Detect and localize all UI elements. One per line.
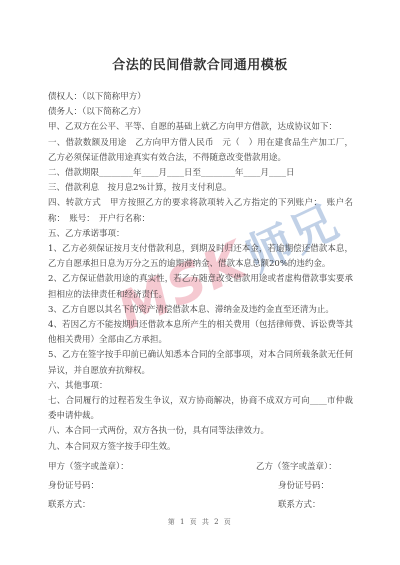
paragraph-clause-4: 四、转款方式 甲方按照乙方的要求将款项转入乙方指定的下列账户： 账户名称： 账号… — [48, 196, 353, 226]
paragraph-clause-5-item-5: 5、乙方在签字按手印前已确认知悉本合同的全部事项，对本合同所载条款无任何异议，并… — [48, 348, 353, 378]
paragraph-clause-9: 九、本合同双方签字按手印生效。 — [48, 440, 353, 455]
paragraph-preamble: 甲、乙双方在公平、平等、自愿的基础上就乙方向甲方借款，达成协议如下： — [48, 120, 353, 135]
signature-row-sign: 甲方（签字或盖章）： 乙方（签字或盖章）： — [48, 458, 353, 477]
paragraph-creditor: 债权人：（以下简称甲方） — [48, 90, 353, 105]
signature-row-contact: 联系方式： 联系方式： — [48, 496, 353, 515]
party-a-id-label: 身份证号码： — [48, 477, 99, 496]
paragraph-clause-8: 八、本合同一式两份，双方各执一份，具有同等法律效力。 — [48, 424, 353, 439]
signature-block: 甲方（签字或盖章）： 乙方（签字或盖章）： 身份证号码： 身份证号码： 联系方式… — [48, 458, 353, 515]
document-page: MSK 师兄 合法的民间借款合同通用模板 债权人：（以下简称甲方） 债务人：（以… — [0, 0, 400, 565]
party-a-sign-label: 甲方（签字或盖章）： — [48, 458, 129, 477]
paragraph-clause-3: 三、借款利息 按月息2%计算，按月支付利息。 — [48, 181, 353, 196]
party-b-id-label: 身份证号码： — [278, 477, 329, 496]
signature-row-id: 身份证号码： 身份证号码： — [48, 477, 353, 496]
party-b-sign-label: 乙方（签字或盖章）： — [256, 458, 337, 477]
document-body: 债权人：（以下简称甲方） 债务人：（以下简称乙方） 甲、乙双方在公平、平等、自愿… — [48, 90, 353, 515]
party-a-contact-label: 联系方式： — [48, 496, 91, 515]
document-title: 合法的民间借款合同通用模板 — [0, 54, 400, 73]
paragraph-clause-5-item-2: 2、乙方保证借款用途的真实性，若乙方随意改变借款用途或者虚构借款事实要承担相应的… — [48, 272, 353, 302]
paragraph-clause-1: 一、借款数额及用途 乙方向甲方借人民币 元（ ）用在建食品生产加工厂，乙方必须保… — [48, 136, 353, 166]
paragraph-clause-2: 二、借款期限________年____月____日至________年____月… — [48, 166, 353, 181]
page-number: 第 1 页 共 2 页 — [0, 517, 400, 527]
paragraph-clause-5-item-1: 1、乙方必须保证按月支付借款利息，到期及时归还本金，若逾期偿还借款本息，乙方自愿… — [48, 242, 353, 272]
paragraph-clause-5-item-3: 3、乙方自愿以其名下的资产清偿借款本息、滞纳金及违约金直至还清为止。 — [48, 303, 353, 318]
party-b-contact-label: 联系方式： — [278, 496, 321, 515]
paragraph-clause-5-item-4: 4、若因乙方不能按期归还借款本息所产生的相关费用（包括律师费、诉讼费等其他相关费… — [48, 318, 353, 348]
paragraph-clause-6: 六、其他事项： — [48, 379, 353, 394]
paragraph-clause-7: 七、合同履行的过程若发生争议，双方协商解决，协商不成双方可向____市仲裁委申请… — [48, 394, 353, 424]
paragraph-debtor: 债务人：（以下简称乙方） — [48, 105, 353, 120]
paragraph-clause-5: 五、乙方承诺事项： — [48, 227, 353, 242]
